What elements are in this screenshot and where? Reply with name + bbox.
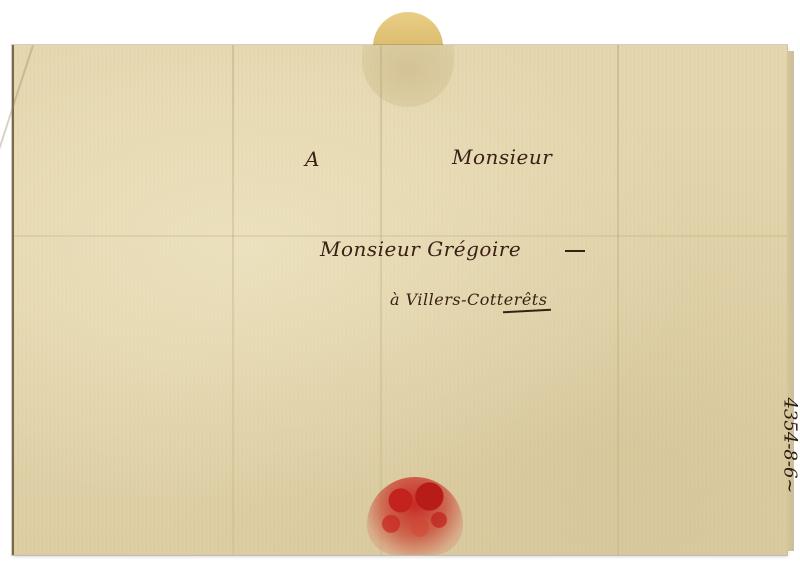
fold-crease [380, 45, 382, 555]
fold-crease [617, 45, 619, 555]
address-dash [565, 250, 585, 252]
address-place: à Villers-Cotterêts [390, 290, 547, 309]
address-salutation: A [305, 147, 320, 171]
fold-crease [232, 45, 234, 555]
fold-crease [0, 45, 34, 236]
address-name: Monsieur Grégoire [320, 237, 521, 261]
letter-scene: A Monsieur Monsieur Grégoire à Villers-C… [0, 0, 800, 571]
address-title: Monsieur [452, 145, 552, 169]
archive-number: 4354-8-6~ [779, 398, 800, 494]
